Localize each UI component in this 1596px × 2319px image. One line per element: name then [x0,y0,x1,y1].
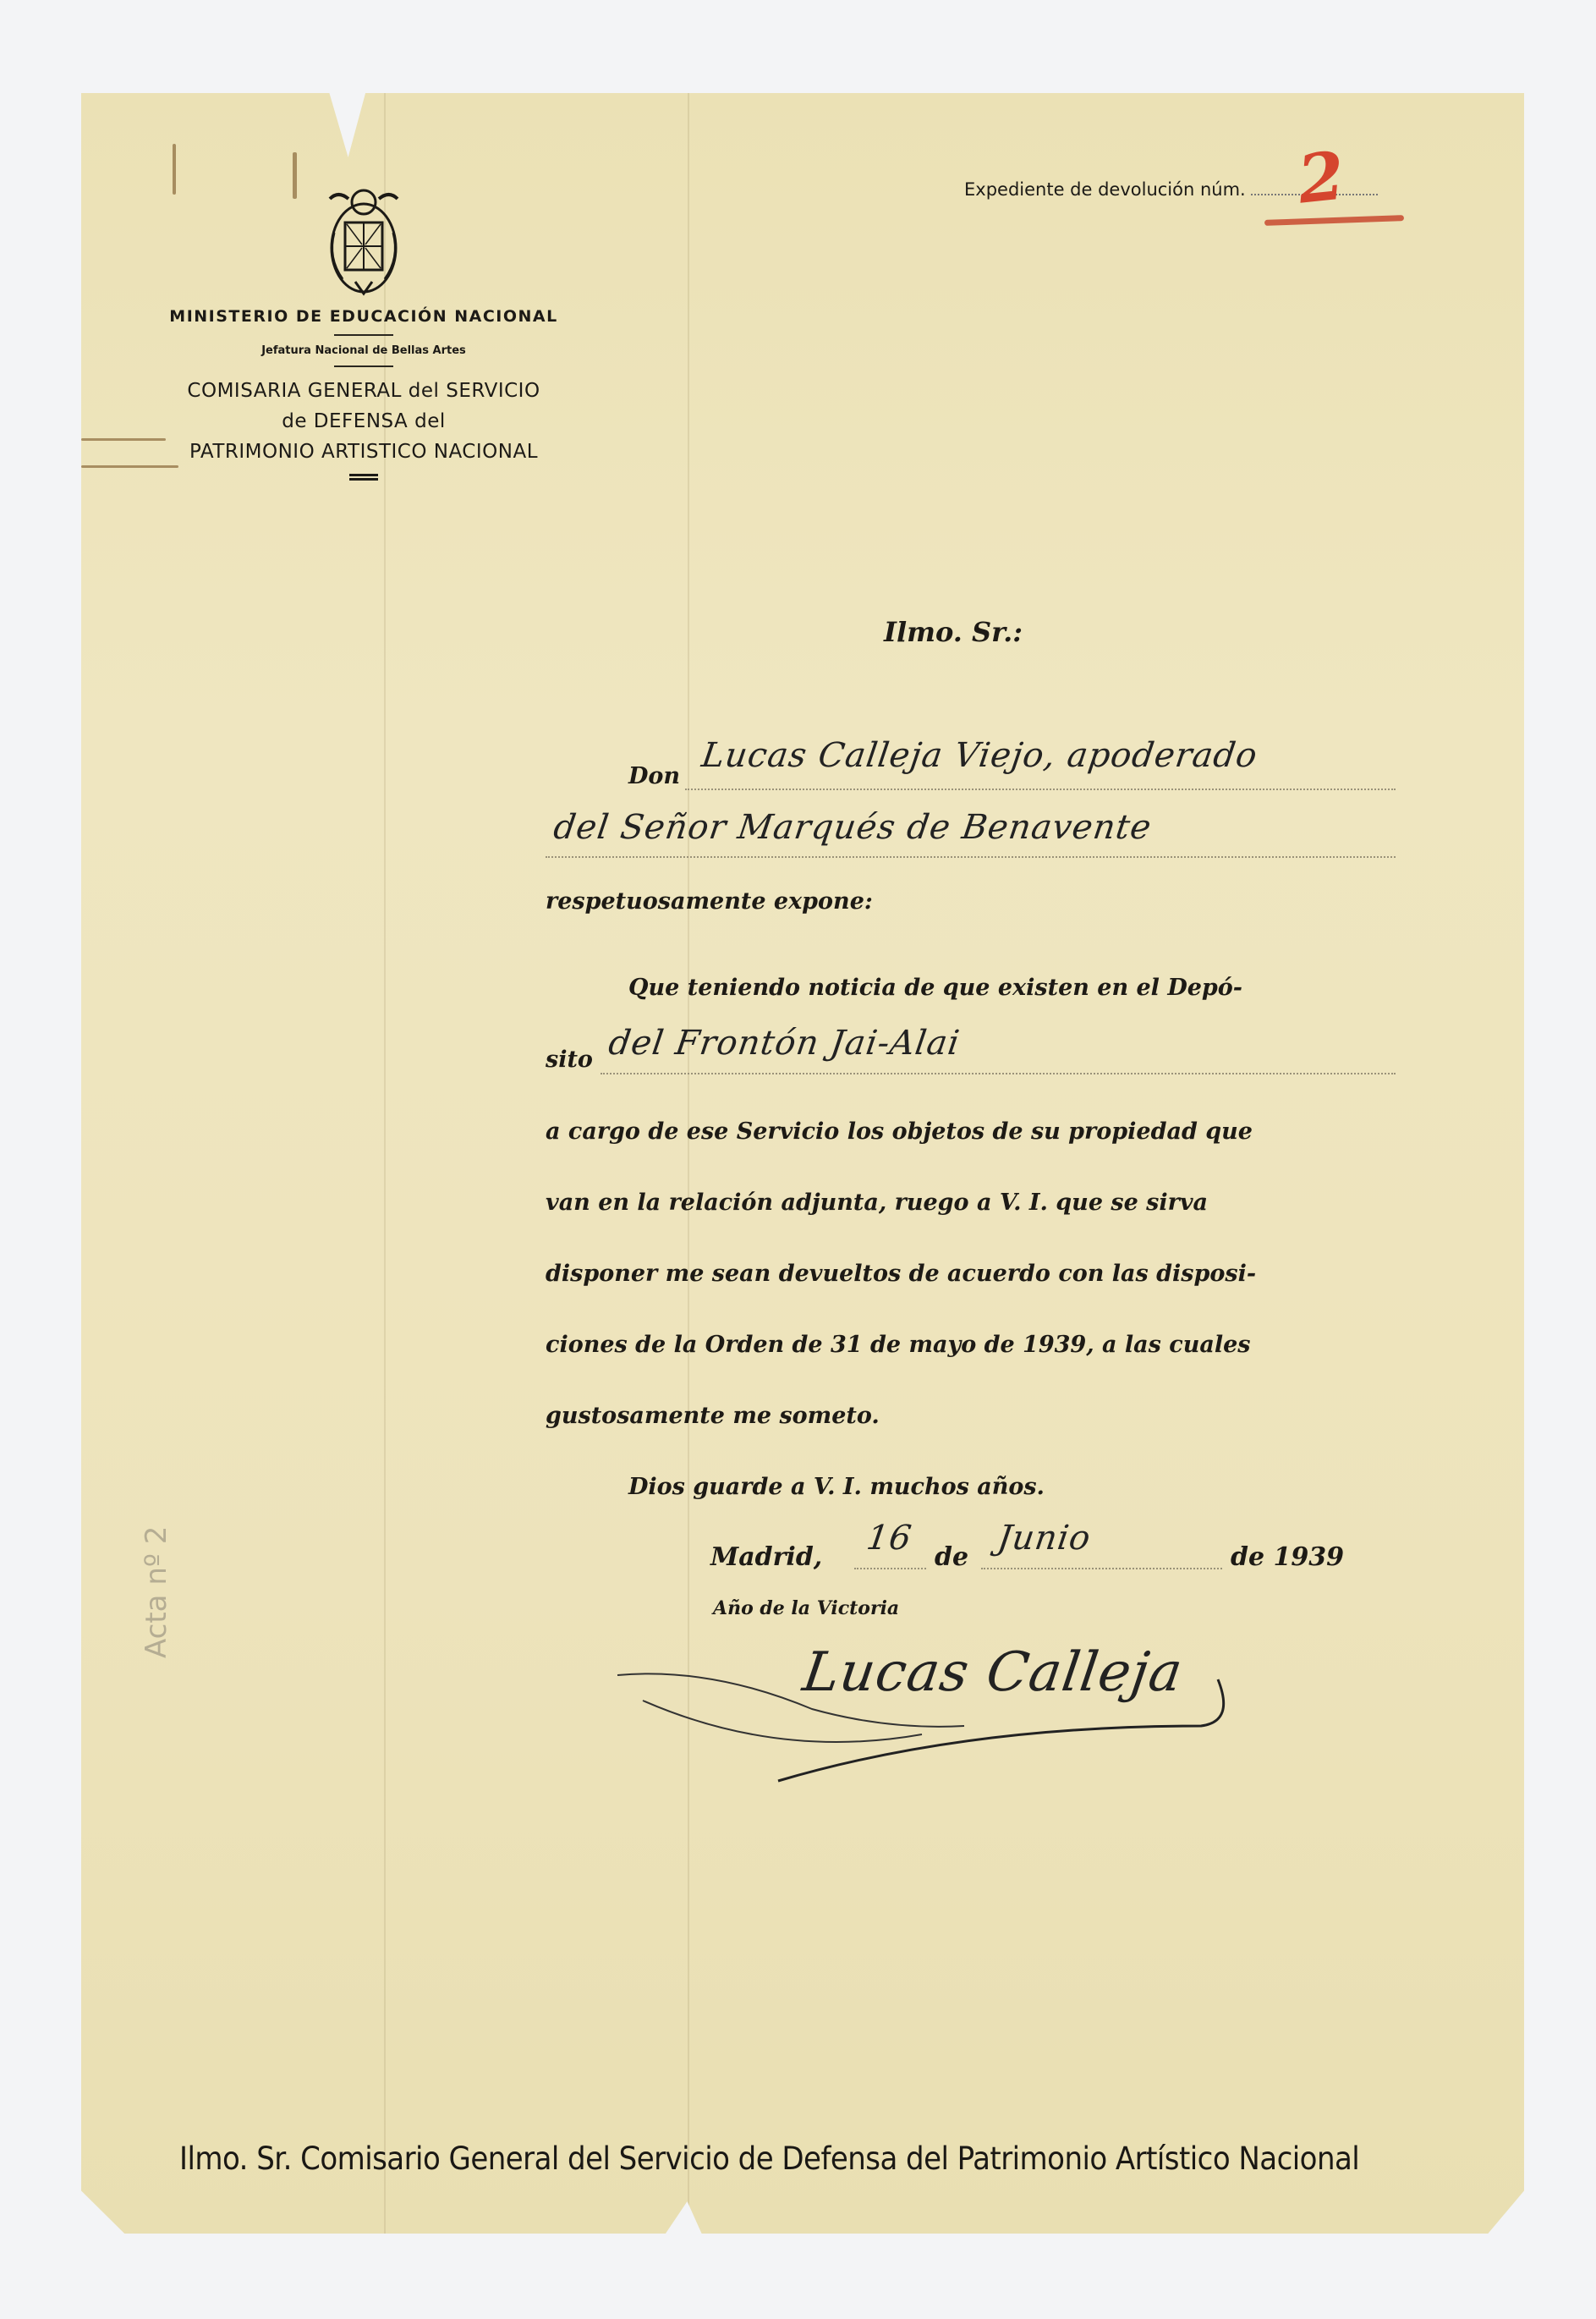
expone-text: respetuosamente expone: [546,888,873,915]
body-line: Que teniendo noticia de que existen en e… [628,975,1242,1001]
month-handwritten: Junio [995,1519,1094,1558]
body-line-prefix: sito [546,1047,593,1073]
paper-stain [81,438,166,441]
comisaria-line: PATRIMONIO ARTISTICO NACIONAL [169,437,558,467]
signature: Lucas Calleja [609,1599,988,1662]
day-handwritten: 16 [864,1519,914,1558]
salutation: Ilmo. Sr.: [884,616,1023,648]
deposit-location-handwritten: del Frontón Jai-Alai [606,1024,963,1063]
ministry-name: MINISTERIO DE EDUCACIÓN NACIONAL [169,307,558,326]
signature-flourish-icon [609,1599,1252,1819]
body-line: ciones de la Orden de 31 de mayo de 1939… [546,1332,1250,1358]
comisaria-line: COMISARIA GENERAL del SERVICIO [169,376,558,406]
comisaria-line: de DEFENSA del [169,406,558,437]
paper-stain [81,465,178,468]
body-line: disponer me sean devueltos de acuerdo co… [546,1261,1256,1287]
divider [334,334,393,336]
dotted-line [546,856,1396,858]
closing-blessing: Dios guarde a V. I. muchos años. [628,1474,1045,1500]
dotted-line [685,789,1396,790]
body-line: gustosamente me someto. [546,1403,880,1429]
dotted-line [601,1073,1396,1074]
margin-pencil-note: Acta nº 2 [140,1526,173,1658]
body-line: a cargo de ese Servicio los objetos de s… [546,1118,1253,1145]
paper-crease [688,93,689,2234]
expediente-number: 2 [1294,137,1347,218]
dotted-line [854,1568,926,1569]
don-label: Don [628,763,680,789]
year-label: de 1939 [1231,1542,1344,1572]
dotted-line [981,1568,1222,1569]
body-line: van en la relación adjunta, ruego a V. I… [546,1190,1208,1216]
coat-of-arms-icon [313,182,414,300]
place-label: Madrid, [710,1542,822,1572]
date-de-label: de [935,1542,968,1572]
petitioner-role-handwritten: del Señor Marqués de Benavente [551,808,1154,847]
addressee-footer: Ilmo. Sr. Comisario General del Servicio… [179,2140,1346,2177]
divider [334,365,393,367]
jefatura-name: Jefatura Nacional de Bellas Artes [169,344,558,357]
double-rule [349,474,378,481]
expediente-label: Expediente de devolución núm. [964,179,1246,200]
letterhead: MINISTERIO DE EDUCACIÓN NACIONAL Jefatur… [169,182,558,481]
petitioner-name-handwritten: Lucas Calleja Viejo, apoderado [699,736,1260,775]
